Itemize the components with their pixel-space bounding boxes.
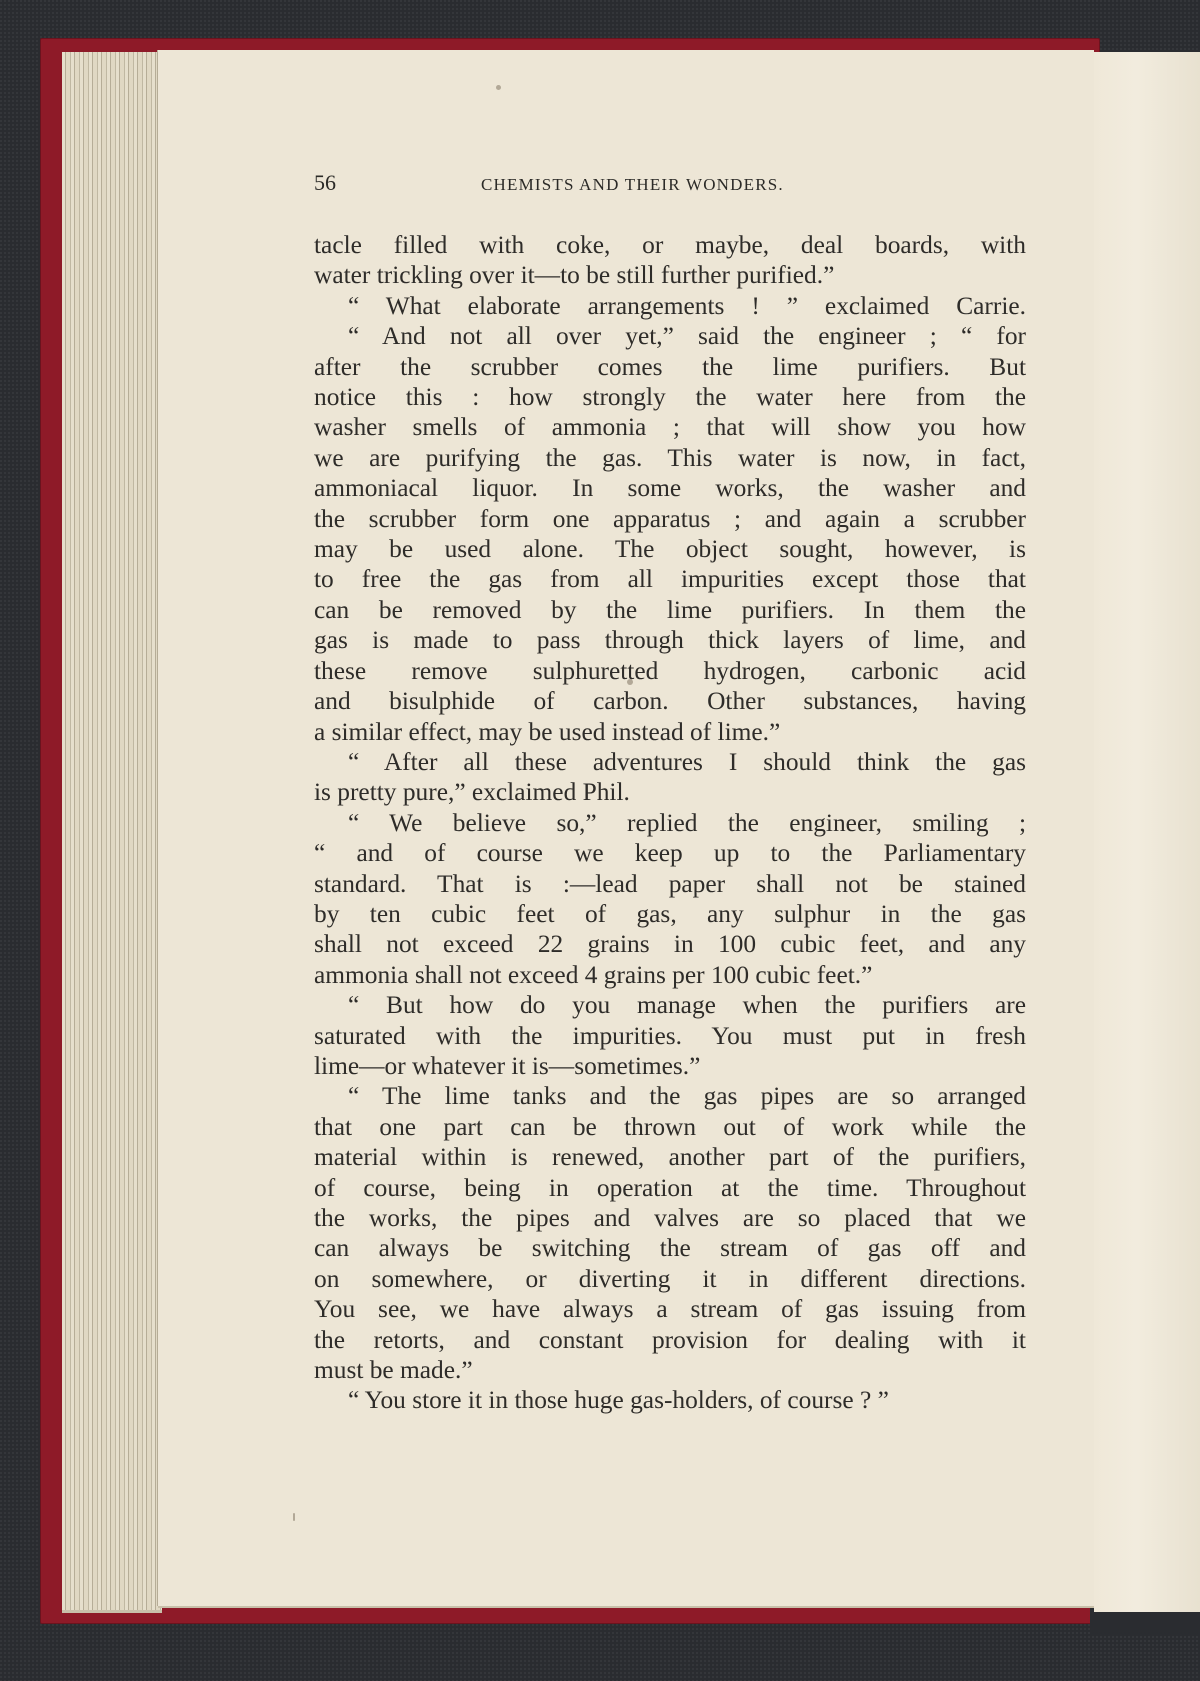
text-line: saturated with the impurities. You must … <box>314 1021 1026 1051</box>
facing-page-edge <box>1094 52 1200 1612</box>
text-line: standard. That is :—lead paper shall not… <box>314 869 1026 899</box>
text-line: by ten cubic feet of gas, any sulphur in… <box>314 899 1026 929</box>
text-line: “ After all these adventures I should th… <box>314 747 1026 777</box>
text-line: washer smells of ammonia ; that will sho… <box>314 412 1026 442</box>
text-line: gas is made to pass through thick layers… <box>314 625 1026 655</box>
text-line: “ and of course we keep up to the Parlia… <box>314 838 1026 868</box>
text-line: and bisulphide of carbon. Other substanc… <box>314 686 1026 716</box>
paper-speck <box>293 1513 295 1521</box>
text-line: can always be switching the stream of ga… <box>314 1233 1026 1263</box>
text-line: “ The lime tanks and the gas pipes are s… <box>314 1081 1026 1111</box>
text-line: “ What elaborate arrangements ! ” exclai… <box>314 291 1026 321</box>
text-line: is pretty pure,” exclaimed Phil. <box>314 777 1026 807</box>
text-line: water trickling over it—to be still furt… <box>314 260 1026 290</box>
text-line: a similar effect, may be used instead of… <box>314 717 1026 747</box>
text-line: ammoniacal liquor. In some works, the wa… <box>314 473 1026 503</box>
text-line: lime—or whatever it is—sometimes.” <box>314 1051 1026 1081</box>
text-line: of course, being in operation at the tim… <box>314 1173 1026 1203</box>
text-line: “ And not all over yet,” said the engine… <box>314 321 1026 351</box>
paper-speck <box>627 679 633 685</box>
text-line: material within is renewed, another part… <box>314 1142 1026 1172</box>
text-line: tacle filled with coke, or maybe, deal b… <box>314 230 1026 260</box>
text-line: to free the gas from all impurities exce… <box>314 564 1026 594</box>
page-number: 56 <box>314 170 336 196</box>
text-line: the scrubber form one apparatus ; and ag… <box>314 504 1026 534</box>
text-line: You see, we have always a stream of gas … <box>314 1294 1026 1324</box>
body-text: tacle filled with coke, or maybe, deal b… <box>314 230 1026 1416</box>
running-head: 56 CHEMISTS AND THEIR WONDERS. <box>314 170 954 200</box>
text-line: can be removed by the lime purifiers. In… <box>314 595 1026 625</box>
text-line: the retorts, and constant provision for … <box>314 1325 1026 1355</box>
running-title: CHEMISTS AND THEIR WONDERS. <box>481 175 784 195</box>
text-line: must be made.” <box>314 1355 1026 1385</box>
text-line: notice this : how strongly the water her… <box>314 382 1026 412</box>
text-line: that one part can be thrown out of work … <box>314 1112 1026 1142</box>
text-line: we are purifying the gas. This water is … <box>314 443 1026 473</box>
text-line: these remove sulphuretted hydrogen, carb… <box>314 656 1026 686</box>
text-line: “ You store it in those huge gas-holders… <box>314 1385 1026 1415</box>
text-line: “ We believe so,” replied the engineer, … <box>314 808 1026 838</box>
text-line: “ But how do you manage when the purifie… <box>314 990 1026 1020</box>
text-line: on somewhere, or diverting it in differe… <box>314 1264 1026 1294</box>
text-line: may be used alone. The object sought, ho… <box>314 534 1026 564</box>
page-edges <box>62 52 162 1613</box>
text-line: ammonia shall not exceed 4 grains per 10… <box>314 960 1026 990</box>
paper-speck <box>496 85 501 90</box>
text-line: shall not exceed 22 grains in 100 cubic … <box>314 929 1026 959</box>
text-line: the works, the pipes and valves are so p… <box>314 1203 1026 1233</box>
text-line: after the scrubber comes the lime purifi… <box>314 352 1026 382</box>
